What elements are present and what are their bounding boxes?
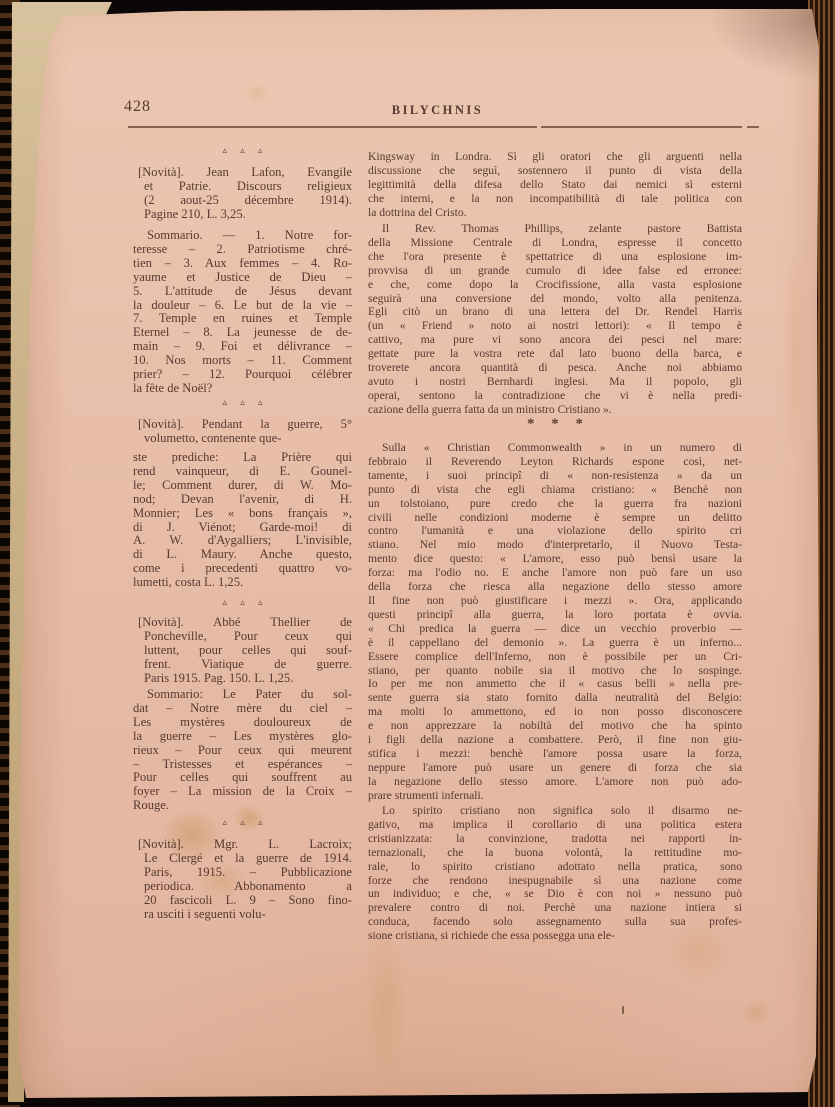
entry-summary: Sommario: Le Pater du sol-dat – Notre mè… [133, 688, 352, 813]
foxing-stain [782, 240, 808, 460]
novita-entry-heading: [Novità]. Abbé Thellier dePoncheville, P… [133, 616, 352, 686]
entry-summary: Sommario. — 1. Notre for-teresse – 2. Pa… [133, 229, 352, 396]
novita-entry-heading: [Novità]. Jean Lafon, Evangileet Patrie.… [133, 166, 352, 222]
article-paragraph: Lo spirito cristiano non significa solo … [368, 804, 742, 943]
ink-artifact [622, 1006, 624, 1014]
header-rule [541, 126, 742, 128]
novita-entry-heading: [Novità]. Pendant la guerre, 5°volumetto… [133, 418, 352, 446]
foxing-stain [246, 84, 268, 102]
entry-body: ste prediche: La Prière quirend vainqueu… [133, 451, 352, 590]
foxing-stain [742, 1000, 772, 1026]
triangle-ornament: ▵ ▵ ▵ [133, 816, 352, 830]
foxing-stain [362, 925, 408, 1085]
article-paragraph: Sulla « Christian Commonwealth » in un n… [368, 441, 742, 803]
stars-separator: * * * [368, 418, 742, 432]
triangle-ornament: ▵ ▵ ▵ [133, 396, 352, 410]
article-paragraph: Il Rev. Thomas Phillips, zelante pastore… [368, 222, 742, 417]
triangle-ornament: ▵ ▵ ▵ [133, 596, 352, 610]
novita-entry-heading: [Novità]. Mgr. L. Lacroix;Le Clergé et l… [133, 838, 352, 921]
scanned-book-page: { "colors": { "paper": "#e7bda8", "ink":… [0, 0, 835, 1107]
article-paragraph: Kingsway in Londra. Sì gli oratori che g… [368, 150, 742, 220]
journal-title: BILYCHNIS [133, 103, 742, 118]
header-rule [128, 126, 537, 128]
paper-page: 428 BILYCHNIS ▵ ▵ ▵ [Novità]. Jean Lafon… [0, 0, 835, 1107]
triangle-ornament: ▵ ▵ ▵ [133, 144, 352, 158]
header-rule [747, 126, 759, 128]
